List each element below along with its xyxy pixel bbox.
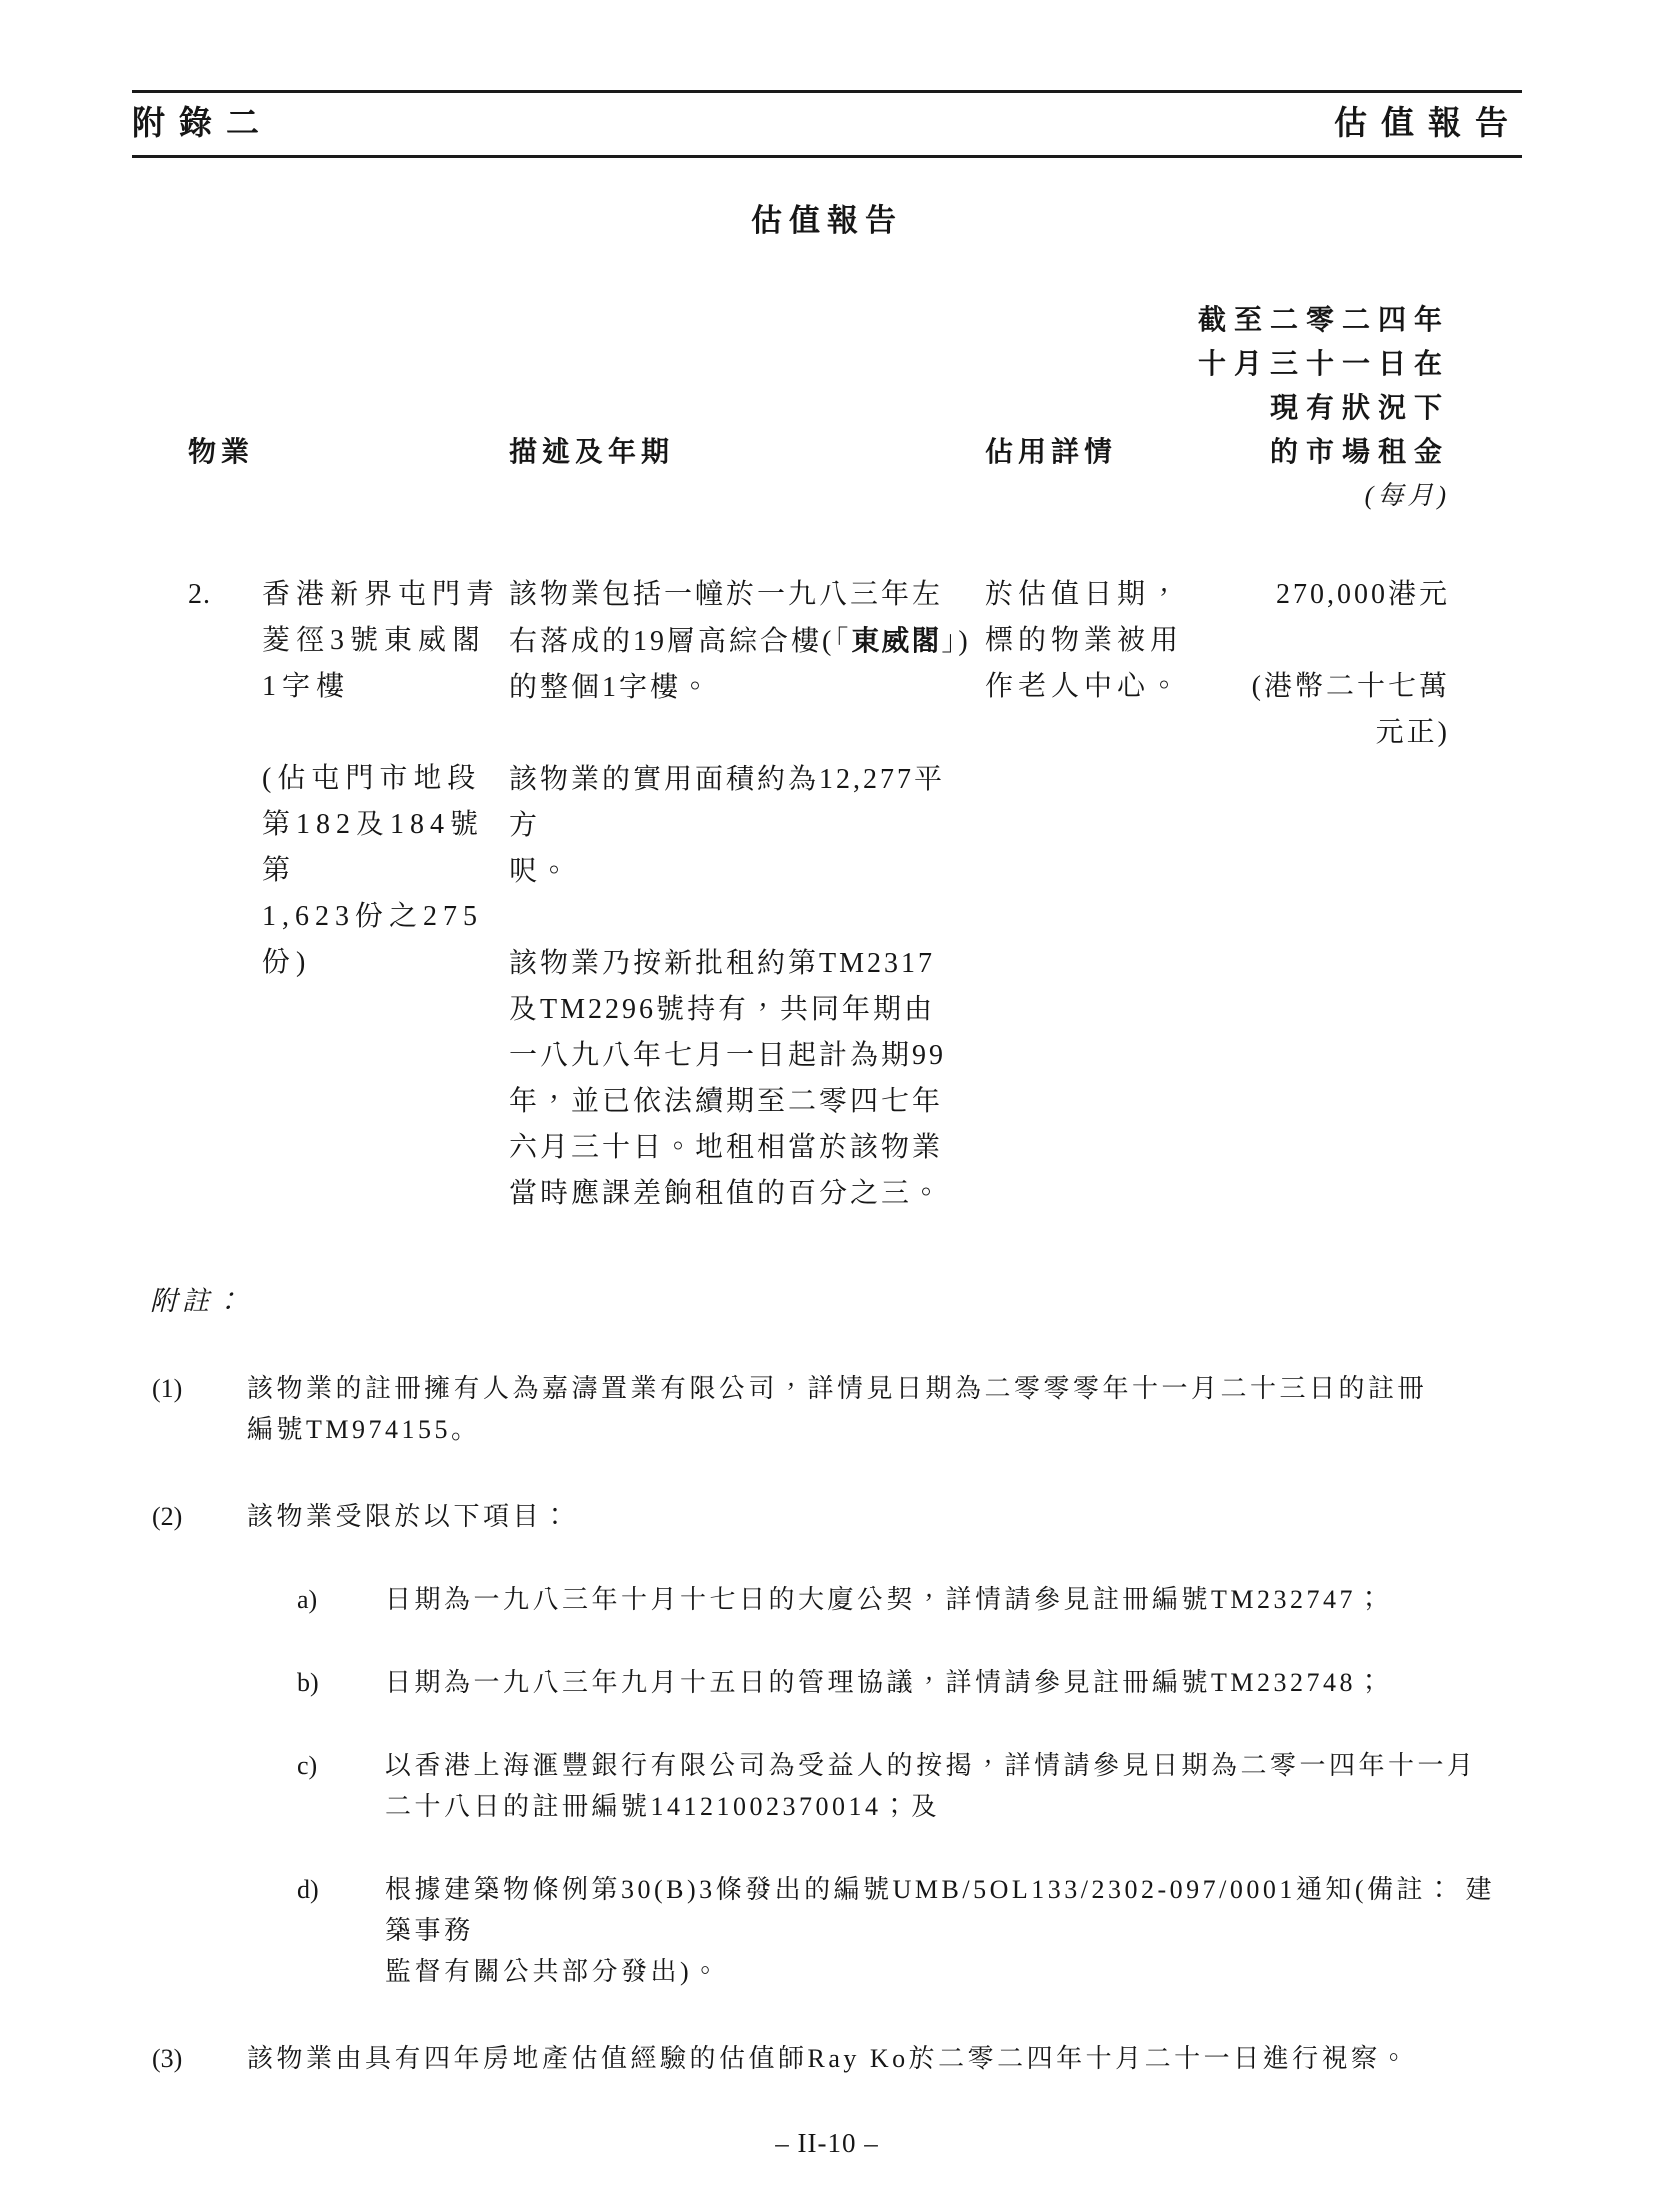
description-paragraph-1: 該物業包括一幢於一九八三年左 右落成的19層高綜合樓(「東威閣」) 的整個1字樓… <box>509 572 975 711</box>
subnote-number: b) <box>297 1662 385 1703</box>
note-subitem-c: c) 以香港上海滙豐銀行有限公司為受益人的按揭，詳情請參見日期為二零一四年十一月… <box>132 1745 1522 1827</box>
note-text: 該物業受限於以下項目： <box>247 1496 1522 1537</box>
page-header: 附錄二 估值報告 <box>132 90 1522 158</box>
header-appendix-label: 附錄二 <box>132 103 273 143</box>
column-header-property: 物業 <box>188 430 509 518</box>
subnote-number: c) <box>297 1745 385 1827</box>
note-text: 該物業由具有四年房地產估值經驗的估值師Ray Ko於二零二四年十月二十一日進行視… <box>247 2038 1522 2079</box>
property-address: 香港新界屯門青 菱徑3號東威閣 1字樓 <box>262 572 501 710</box>
rent-period-label: (每月) <box>1195 474 1450 518</box>
header-section-label: 估值報告 <box>1334 103 1522 143</box>
rent-header-lines: 截至二零二四年 十月三十一日在 現有狀況下 的市場租金 <box>1195 298 1450 474</box>
subnote-text: 日期為一九八三年九月十五日的管理協議，詳情請參見註冊編號TM232748； <box>385 1662 1522 1703</box>
note-subitem-b: b) 日期為一九八三年九月十五日的管理協議，詳情請參見註冊編號TM232748； <box>132 1662 1522 1703</box>
description-paragraph-3: 該物業乃按新批租約第TM2317 及TM2296號持有，共同年期由 一八九八年七… <box>509 941 975 1217</box>
rent-amount-words: (港幣二十七萬 元正) <box>1195 664 1450 756</box>
occupancy-cell: 於估值日期， 標的物業被用 作老人中心。 <box>985 572 1195 710</box>
rent-cell: 270,000港元 (港幣二十七萬 元正) <box>1195 572 1450 756</box>
description-paragraph-2: 該物業的實用面積約為12,277平方 呎。 <box>509 757 975 895</box>
column-header-occupancy: 佔用詳情 <box>985 430 1195 518</box>
description-cell: 該物業包括一幢於一九八三年左 右落成的19層高綜合樓(「東威閣」) 的整個1字樓… <box>509 572 985 1217</box>
row-number: 2. <box>188 572 262 618</box>
property-lot: (佔屯門市地段 第182及184號第 1,623份之275份) <box>262 756 501 986</box>
table-header-row: 物業 描述及年期 佔用詳情 截至二零二四年 十月三十一日在 現有狀況下 的市場租… <box>132 298 1522 518</box>
note-number: (3) <box>152 2038 247 2079</box>
note-item-3: (3) 該物業由具有四年房地產估值經驗的估值師Ray Ko於二零二四年十月二十一… <box>132 2038 1522 2079</box>
note-subitem-d: d) 根據建築物條例第30(B)3條發出的編號UMB/5OL133/2302-0… <box>132 1869 1522 1992</box>
rent-amount: 270,000港元 <box>1195 572 1450 618</box>
page-footer: – II-10 – <box>132 2123 1522 2163</box>
table-row: 2. 香港新界屯門青 菱徑3號東威閣 1字樓 (佔屯門市地段 第182及184號… <box>132 572 1522 1217</box>
subnote-number: a) <box>297 1579 385 1620</box>
subnote-text: 以香港上海滙豐銀行有限公司為受益人的按揭，詳情請參見日期為二零一四年十一月 二十… <box>385 1745 1522 1827</box>
report-title: 估值報告 <box>132 200 1522 242</box>
valuation-table: 物業 描述及年期 佔用詳情 截至二零二四年 十月三十一日在 現有狀況下 的市場租… <box>132 298 1522 1217</box>
page-number: – II-10 – <box>775 2128 878 2158</box>
subnote-number: d) <box>297 1869 385 1992</box>
notes-label: 附註： <box>132 1281 1522 1322</box>
subnote-text: 根據建築物條例第30(B)3條發出的編號UMB/5OL133/2302-097/… <box>385 1869 1522 1992</box>
column-header-rent: 截至二零二四年 十月三十一日在 現有狀況下 的市場租金 (每月) <box>1195 298 1450 518</box>
note-number: (1) <box>152 1368 247 1450</box>
note-item-1: (1) 該物業的註冊擁有人為嘉濤置業有限公司，詳情見日期為二零零零年十一月二十三… <box>132 1368 1522 1450</box>
notes-section: 附註： (1) 該物業的註冊擁有人為嘉濤置業有限公司，詳情見日期為二零零零年十一… <box>132 1281 1522 2079</box>
note-item-2: (2) 該物業受限於以下項目： <box>132 1496 1522 1537</box>
property-name-bold: 東威閣 <box>851 625 941 656</box>
property-cell: 香港新界屯門青 菱徑3號東威閣 1字樓 (佔屯門市地段 第182及184號第 1… <box>262 572 509 986</box>
column-header-description: 描述及年期 <box>509 430 985 518</box>
note-number: (2) <box>152 1496 247 1537</box>
rent-blank-line <box>1195 618 1450 664</box>
subnote-text: 日期為一九八三年十月十七日的大廈公契，詳情請參見註冊編號TM232747； <box>385 1579 1522 1620</box>
note-text: 該物業的註冊擁有人為嘉濤置業有限公司，詳情見日期為二零零零年十一月二十三日的註冊… <box>247 1368 1522 1450</box>
document-page: 附錄二 估值報告 估值報告 物業 描述及年期 佔用詳情 截至二零二四年 十月三十… <box>0 0 1654 2205</box>
note-subitem-a: a) 日期為一九八三年十月十七日的大廈公契，詳情請參見註冊編號TM232747； <box>132 1579 1522 1620</box>
